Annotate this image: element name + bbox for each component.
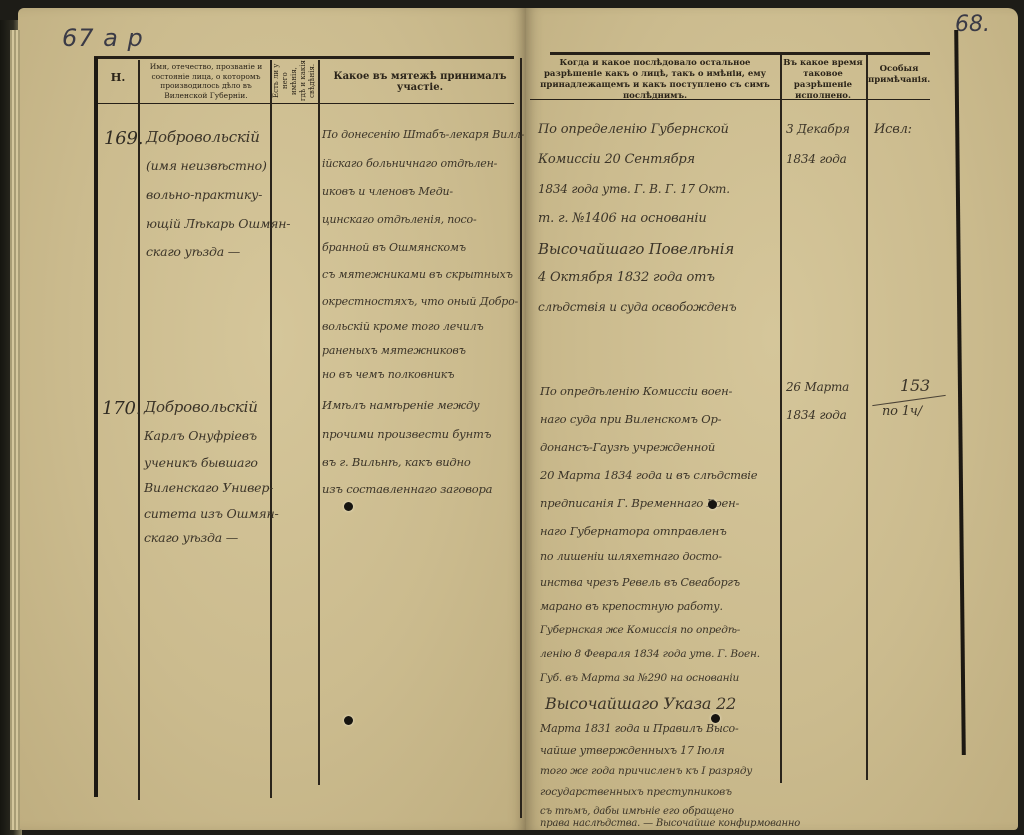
header-resolution: Когда и какое послѣдовало остальное разр… — [532, 58, 778, 102]
participation-line: прочими произвести бунтъ — [322, 427, 491, 441]
executed-date-line: 1834 года — [786, 408, 847, 422]
page-edge-stack — [10, 30, 20, 830]
notes-text: Исвл: — [874, 122, 912, 137]
participation-line: Имѣлъ намѣреніе между — [322, 398, 480, 412]
resolution-line: Комиссіи 20 Сентября — [538, 152, 695, 167]
participation-line: иковъ и членовъ Меди- — [322, 185, 453, 198]
participation-line: раненыхъ мятежниковъ — [322, 344, 466, 357]
entry-name-line: вольно-практику- — [146, 187, 262, 202]
binding-hole — [344, 716, 353, 725]
participation-line: цинскаго отдѣленія, посо- — [322, 213, 476, 226]
resolution-line: того же года причисленъ къ I разряду — [540, 765, 752, 777]
entry-name-line: скаго уѣзда — — [144, 530, 238, 545]
participation-line: окрестностяхъ, что оный Добро- — [322, 295, 518, 308]
resolution-line: Высочайшаго Повелѣнія — [538, 240, 734, 258]
col-divider-executed — [866, 55, 868, 780]
folio-number-left: 67 a p — [62, 24, 144, 52]
header-participation: Какое въ мятежѣ принималъ участіе. — [322, 71, 518, 93]
resolution-line: чайше утвержденныхъ 17 Іюля — [540, 744, 725, 757]
resolution-line: 4 Октября 1832 года отъ — [538, 270, 715, 285]
header-property: Есть ли у него имѣнія, гдѣ и какія свѣдѣ… — [272, 60, 316, 102]
left-border-line — [94, 57, 98, 797]
col-divider-resolution — [780, 55, 782, 783]
col-divider-participation — [520, 58, 522, 818]
participation-line: съ мятежниками въ скрытныхъ — [322, 268, 513, 281]
resolution-line: По опредѣленію Комиссіи воен- — [540, 384, 732, 398]
header-number: Н. — [100, 72, 136, 83]
resolution-line: наго суда при Виленскомъ Ор- — [540, 412, 721, 426]
participation-line: бранной въ Ошмянскомъ — [322, 241, 466, 254]
header-executed: Въ какое время таковое разрѣшеніе исполн… — [782, 58, 864, 102]
resolution-line: Марта 1831 года и Правилъ Высо- — [540, 722, 738, 735]
entry-name-line: ситета изъ Ошмян- — [144, 506, 279, 521]
participation-line: изъ составленнаго заговора — [322, 482, 492, 496]
entry-name-line: (имя неизвѣстно) — [146, 158, 267, 173]
participation-line: въ г. Вильнѣ, какъ видно — [322, 455, 471, 469]
entry-surname: Добровольскій — [144, 398, 258, 416]
entry-surname: Добровольскій — [146, 128, 260, 146]
notes-line: 153 — [900, 376, 930, 395]
resolution-line: слѣдствія и суда освобожденъ — [538, 300, 736, 314]
participation-line: По донесенію Штабъ-лекаря Вилл- — [322, 128, 524, 141]
resolution-line: Губ. въ Марта за №290 на основаніи — [540, 672, 739, 684]
header-top-rule-right — [550, 52, 930, 55]
participation-line: ійскаго больничнаго отдѣлен- — [322, 157, 497, 170]
resolution-line: донансъ-Гаузѣ учрежденной — [540, 440, 715, 454]
resolution-line: 20 Марта 1834 года и въ слѣдствіе — [540, 468, 757, 482]
col-divider-name — [270, 60, 272, 798]
resolution-line: марано въ крепостную работу. — [540, 600, 723, 613]
entry-name-line: ющій Лѣкарь Ошмян- — [146, 216, 290, 231]
header-top-rule-left — [94, 56, 514, 59]
executed-date-line: 3 Декабря — [786, 122, 850, 136]
participation-line: но въ чемъ полковникъ — [322, 368, 454, 381]
resolution-line: т. г. №1406 на основаніи — [538, 211, 707, 226]
entry-name-line: ученикъ бывшаго — [144, 455, 258, 470]
resolution-line: съ тѣмъ, дабы имѣніе его обращено — [540, 806, 734, 817]
resolution-line: ленію 8 Февраля 1834 года утв. Г. Воен. — [540, 648, 760, 660]
resolution-line: по лишеніи шляхетнаго досто- — [540, 550, 722, 563]
resolution-line: Высочайшаго Указа 22 — [545, 694, 736, 713]
binding-hole — [708, 500, 717, 509]
resolution-line: 1834 года утв. Г. В. Г. 17 Окт. — [538, 182, 730, 196]
ledger-spread: 67 a p 68. Н. Имя, отечество, прозваніе … — [0, 0, 1024, 835]
header-bottom-rule-left — [94, 103, 514, 104]
col-divider-number — [138, 60, 140, 800]
binding-hole — [344, 502, 353, 511]
resolution-line: государственныхъ преступниковъ — [540, 786, 732, 798]
header-notes: Особыя примѣчанія. — [868, 64, 930, 86]
executed-date-line: 1834 года — [786, 152, 847, 166]
binding-hole — [711, 714, 720, 723]
entry-number: 169. — [104, 128, 143, 149]
col-divider-property — [318, 60, 320, 785]
entry-name-line: Карлъ Онуфріевъ — [144, 428, 257, 443]
resolution-line: права наслѣдства. — Высочайше конфирмова… — [540, 818, 800, 829]
header-name: Имя, отечество, прозваніе и состояніе ли… — [142, 62, 270, 100]
resolution-line: По определенію Губернской — [538, 122, 729, 137]
entry-number: 170. — [102, 398, 141, 419]
entry-name-line: скаго уѣзда — — [146, 244, 240, 259]
resolution-line: инства чрезъ Ревель въ Свеаборгъ — [540, 576, 740, 589]
entry-name-line: Виленскаго Универ- — [144, 480, 273, 495]
resolution-line: наго Губернатора отправленъ — [540, 524, 727, 538]
folio-number-right: 68. — [955, 12, 990, 37]
executed-date-line: 26 Марта — [786, 380, 849, 394]
participation-line: вольскій кроме того лечилъ — [322, 320, 484, 333]
notes-line: по 1ч/ — [882, 404, 922, 419]
resolution-line: Губернская же Комиссія по опредѣ- — [540, 624, 740, 636]
